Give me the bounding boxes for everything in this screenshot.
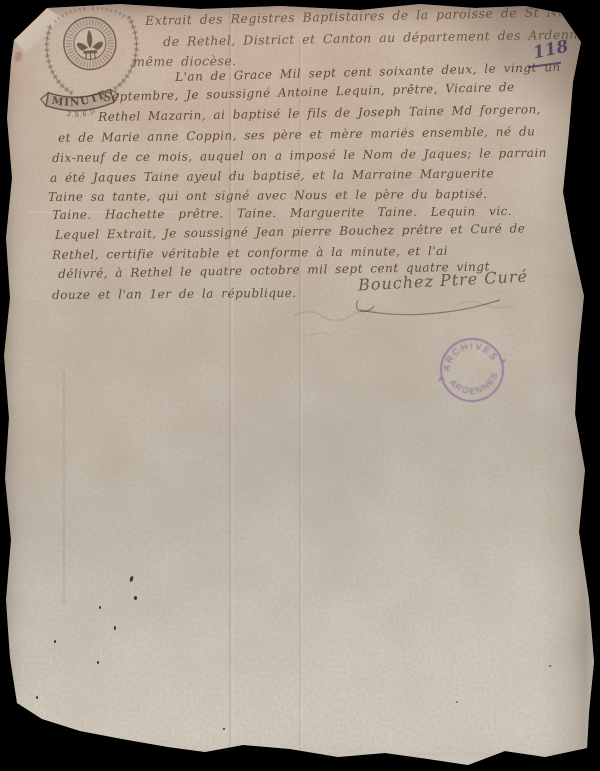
worm-hole [223,728,225,730]
handwritten-line-12: Lequel Extrait, Je soussigné Jean pierre… [55,221,525,242]
laurel-branches [45,6,139,95]
worm-hole [129,576,134,583]
handwritten-line-11: Taine. Hachette prêtre. Taine. Marguerit… [52,204,512,222]
paper-stain [0,471,600,771]
worm-hole [114,626,116,630]
handwritten-line-13: Rethel, certifie véritable et conforme à… [52,244,448,262]
worm-hole [54,640,56,643]
handwritten-line-7: et de Marie anne Coppin, ses père et mèr… [58,124,535,145]
handwritten-line-1: Extrait des Registres Baptistaires de la… [145,4,598,28]
worm-hole [134,596,137,600]
worm-hole [456,701,458,703]
crease-line [62,370,66,605]
crease-line [298,40,303,752]
worm-hole [549,665,551,667]
ink-smudge [13,50,23,63]
handwritten-line-10: Taine sa tante, qui ont signé avec Nous … [48,187,488,204]
paper-sheet: MINUTE 2.S.6.D Extrait des Registres Bap… [0,0,600,771]
handwritten-line-15: douze et l'an 1er de la république. [52,286,297,302]
deckle-edge-highlight [0,755,600,771]
handwritten-line-3: même diocèse. [133,53,237,69]
handwritten-line-8: dix-neuf de ce mois, auquel on a imposé … [52,146,547,165]
deckle-edge-highlight [584,100,594,751]
worm-hole [99,606,101,609]
handwritten-line-9: a été Jaques Taine ayeul du baptisé, et … [50,166,494,185]
worm-hole [97,661,99,664]
archive-stamp: ARCHIVES ARDENNES [422,320,522,420]
document-photo: MINUTE 2.S.6.D Extrait des Registres Bap… [0,0,600,771]
fleur-de-lis-icon [76,29,103,54]
worm-hole [36,696,38,699]
